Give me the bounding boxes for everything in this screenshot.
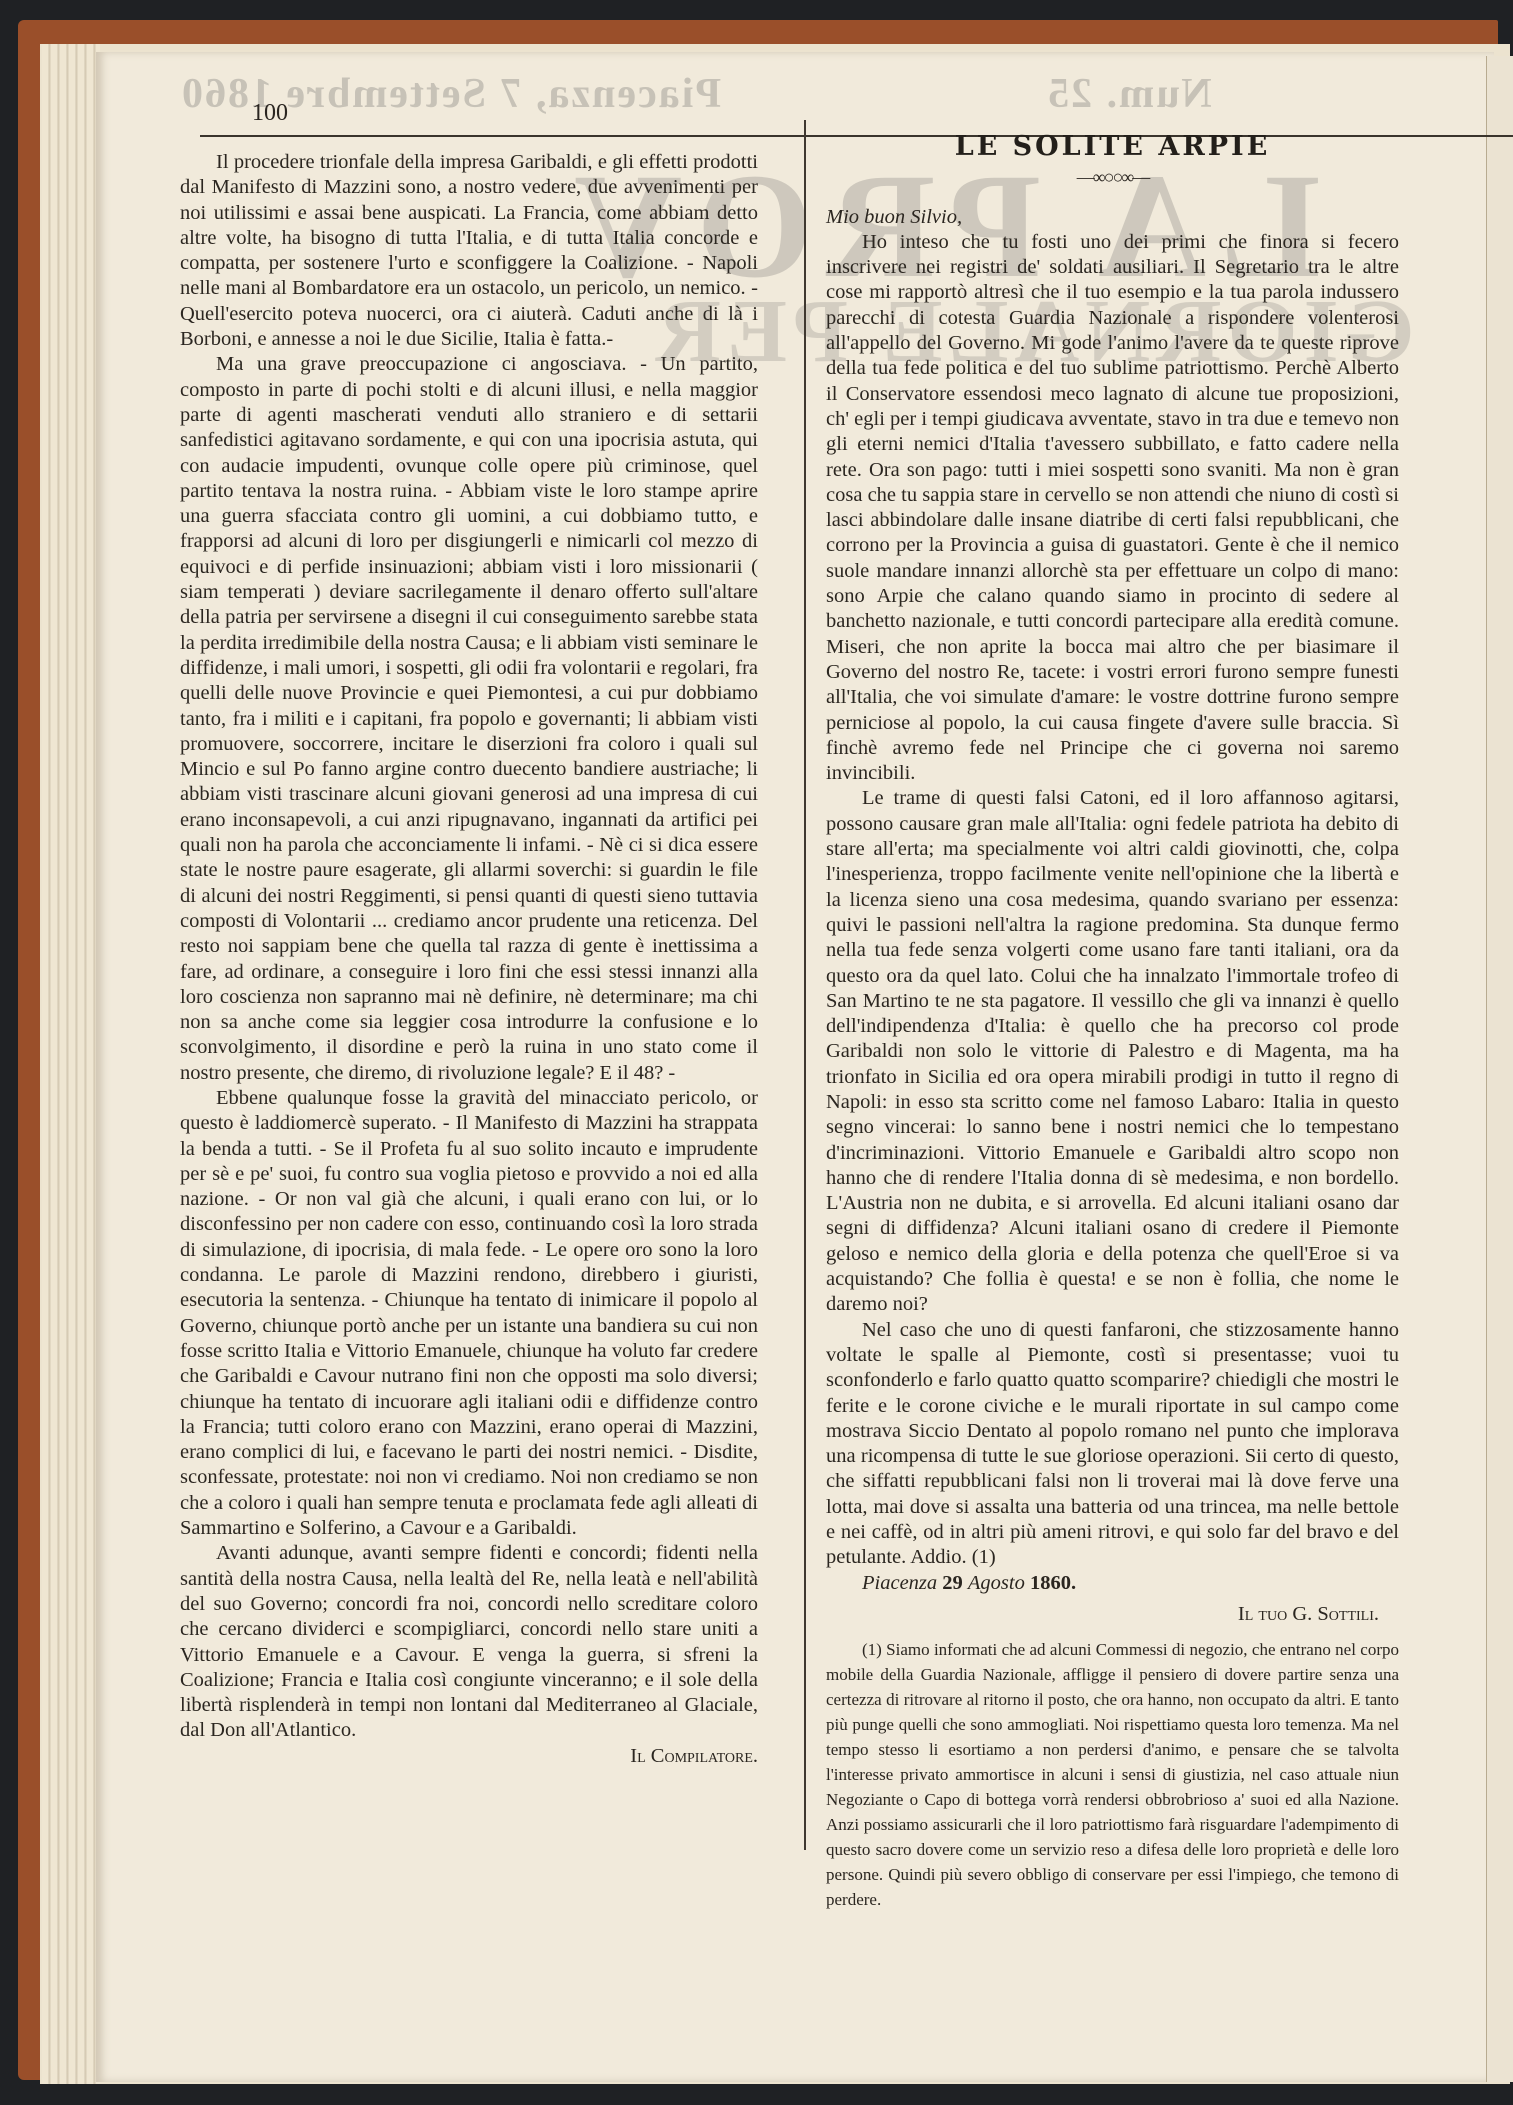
- paragraph: Il procedere trionfale della impresa Gar…: [180, 150, 758, 352]
- dateline-day: 29: [942, 1572, 963, 1594]
- column-divider: [804, 120, 806, 1850]
- letter-signature: Il tuo G. Sottili.: [826, 1602, 1379, 1627]
- paragraph: Nel caso che uno di questi fanfaroni, ch…: [826, 1318, 1399, 1571]
- page-header: 100: [160, 92, 1380, 132]
- footnote: (1) Siamo informati che ad alcuni Commes…: [826, 1637, 1399, 1912]
- paragraph: Le trame di questi falsi Catoni, ed il l…: [826, 786, 1399, 1317]
- article-title: LE SOLITE ARPIE: [826, 134, 1399, 159]
- salutation: Mio buon Silvio,: [826, 205, 1399, 230]
- left-column-editorial: Il procedere trionfale della impresa Gar…: [180, 150, 758, 1769]
- page-number: 100: [252, 100, 288, 127]
- paragraph: Avanti adunque, avanti sempre fidenti e …: [180, 1541, 758, 1743]
- paragraph: Ebbene qualunque fosse la gravità del mi…: [180, 1086, 758, 1541]
- editorial-signature: Il Compilatore.: [630, 1745, 758, 1767]
- dateline-month: Agosto: [968, 1572, 1025, 1594]
- dateline-year: 1860.: [1030, 1572, 1076, 1594]
- footnote-text: (1) Siamo informati che ad alcuni Commes…: [826, 1637, 1399, 1912]
- right-column-letter: LE SOLITE ARPIE —∞○○∞— Mio buon Silvio, …: [826, 130, 1399, 1912]
- paragraph: Ho inteso che tu fosti uno dei primi che…: [826, 230, 1399, 787]
- dateline: Piacenza 29 Agosto 1860.: [826, 1571, 1399, 1596]
- paragraph: Ma una grave preoccupazione ci angosciav…: [180, 352, 758, 1086]
- page-edges: [42, 44, 100, 2084]
- next-page-edge: [1486, 56, 1513, 2082]
- ornament-divider-icon: —∞○○∞—: [826, 165, 1399, 190]
- dateline-place: Piacenza: [862, 1572, 937, 1594]
